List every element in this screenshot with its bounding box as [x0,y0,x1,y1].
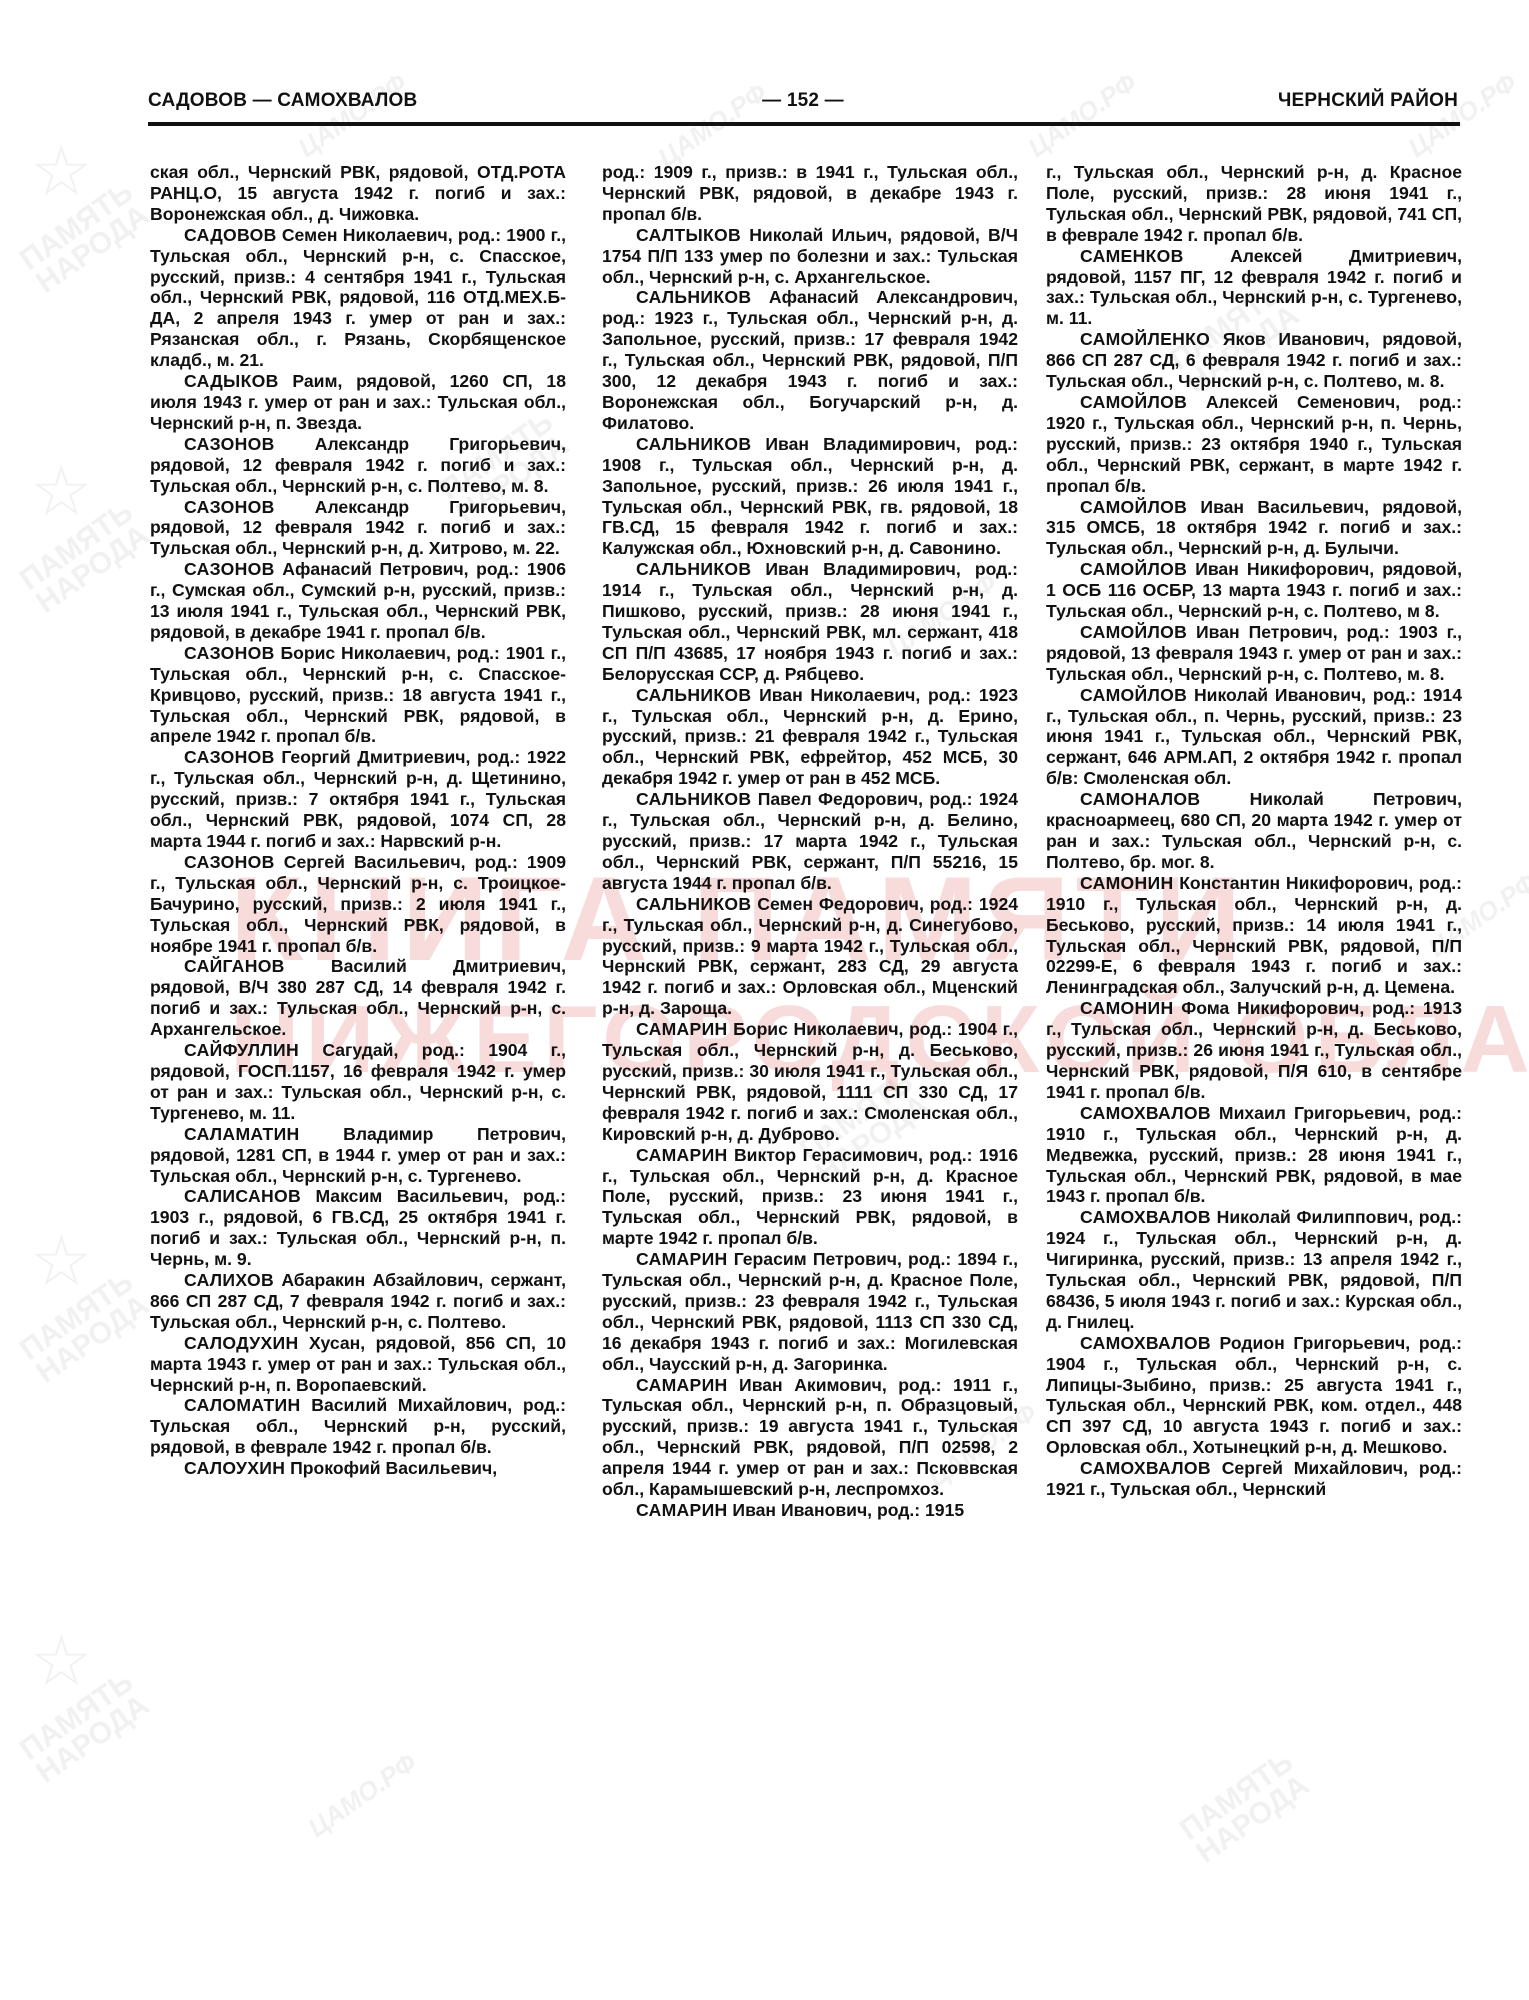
entry-surname: САМОЙЛОВ [1080,622,1187,642]
entry-surname: САЛИХОВ [184,1270,274,1290]
entry-continuation: г., Тульская обл., Чернский р-н, д. Крас… [1046,162,1462,246]
entry-surname: САМАРИН [636,1500,728,1520]
entry-surname: САЗОНОВ [184,747,275,767]
entry: САЛЬНИКОВ Павел Федорович, род.: 1924 г.… [602,789,1018,894]
entry-text: Семен Николаевич, род.: 1900 г., Тульска… [150,225,566,370]
star-watermark-icon: ☆ [30,130,93,212]
entry-text: ская обл., Чернский РВК, рядовой, ОТД.РО… [150,162,566,224]
entry-surname: САЛОДУХИН [184,1333,298,1353]
entry: САМОХВАЛОВ Сергей Михайлович, род.: 1921… [1046,1458,1462,1500]
entry-surname: САЛЬНИКОВ [636,894,751,914]
entry-surname: САЙФУЛЛИН [184,1040,299,1060]
entry: САЛТЫКОВ Николай Ильич, рядовой, В/Ч 175… [602,225,1018,288]
entry: САМОХВАЛОВ Николай Филиппович, род.: 192… [1046,1207,1462,1332]
entry-surname: САЗОНОВ [184,852,275,872]
entry: САЛОУХИН Прокофий Васильевич, [150,1458,566,1479]
entry-surname: САМАРИН [636,1145,728,1165]
entry: САМОЙЛЕНКО Яков Иванович, рядовой, 866 С… [1046,329,1462,392]
page-number: — 152 — [148,90,1458,112]
header-rule [148,122,1460,126]
entry-surname: САМАРИН [636,1375,728,1395]
entry: САМАРИН Виктор Герасимович, род.: 1916 г… [602,1145,1018,1250]
entry: САМАРИН Герасим Петрович, род.: 1894 г.,… [602,1249,1018,1374]
entry-surname: САДОВОВ [184,225,277,245]
entry: САДЫКОВ Раим, рядовой, 1260 СП, 18 июля … [150,371,566,434]
entry: САЙГАНОВ Василий Дмитриевич, рядовой, В/… [150,956,566,1040]
pamyat-naroda-watermark: ПАМЯТЬНАРОДА [16,1268,154,1388]
entry-surname: САЗОНОВ [184,434,275,454]
entry-surname: САМОЙЛОВ [1080,685,1187,705]
entry-surname: САЙГАНОВ [184,956,285,976]
entry: САЛОМАТИН Василий Михайлович, род.: Туль… [150,1395,566,1458]
entry-surname: САМОЙЛЕНКО [1080,329,1210,349]
entry-surname: САМОХВАЛОВ [1080,1333,1211,1353]
entry-surname: САМОХВАЛОВ [1080,1103,1211,1123]
entry-surname: САМАРИН [636,1249,728,1269]
pamyat-naroda-watermark: ПАМЯТЬНАРОДА [16,1668,154,1788]
entry-surname: САЛОМАТИН [184,1395,301,1415]
entry-surname: САЗОНОВ [184,497,275,517]
entry-surname: САМОНИН [1080,998,1173,1018]
entry-surname: САМОЙЛОВ [1080,497,1187,517]
entry-surname: САМЕНКОВ [1080,246,1184,266]
entry: САЛЬНИКОВ Иван Николаевич, род.: 1923 г.… [602,685,1018,790]
entry: САЗОНОВ Афанасий Петрович, род.: 1906 г.… [150,559,566,643]
pamyat-naroda-watermark: ПАМЯТЬНАРОДА [16,178,154,298]
entry-text: Иван Иванович, род.: 1915 [732,1500,964,1520]
entry-surname: САМОЙЛОВ [1080,392,1187,412]
entry: САДОВОВ Семен Николаевич, род.: 1900 г.,… [150,225,566,371]
running-head: САДОВОВ — САМОХВАЛОВ — 152 — ЧЕРНСКИЙ РА… [148,90,1458,124]
entry: САЛИСАНОВ Максим Васильевич, род.: 1903 … [150,1186,566,1270]
entry: САМОЙЛОВ Иван Петрович, род.: 1903 г., р… [1046,622,1462,685]
entry-text: Прокофий Васильевич, [290,1458,497,1478]
entry: САЗОНОВ Георгий Дмитриевич, род.: 1922 г… [150,747,566,852]
entry-surname: САМАРИН [636,1019,728,1039]
entry: САМОЙЛОВ Николай Иванович, род.: 1914 г.… [1046,685,1462,790]
running-head-district: ЧЕРНСКИЙ РАЙОН [1278,90,1458,112]
entry: САМОНИН Константин Никифорович, род.: 19… [1046,873,1462,998]
entry-surname: САЛЬНИКОВ [636,789,751,809]
entry: САМОНАЛОВ Николай Петрович, красноармеец… [1046,789,1462,873]
entry: САЛАМАТИН Владимир Петрович, рядовой, 12… [150,1124,566,1187]
entry-surname: САМОХВАЛОВ [1080,1458,1211,1478]
entry: САЛИХОВ Абаракин Абзайлович, сержант, 86… [150,1270,566,1333]
entry: САЛЬНИКОВ Иван Владимирович, род.: 1908 … [602,434,1018,559]
entry-surname: САЛЬНИКОВ [636,685,751,705]
column-1: ская обл., Чернский РВК, рядовой, ОТД.РО… [150,162,566,1479]
star-watermark-icon: ☆ [30,450,93,532]
pamyat-naroda-watermark: ПАМЯТЬНАРОДА [16,498,154,618]
column-2: род.: 1909 г., призв.: в 1941 г., Тульск… [602,162,1018,1521]
entry-surname: САМОНИН [1080,873,1173,893]
entry: САМОЙЛОВ Иван Никифорович, рядовой, 1 ОС… [1046,559,1462,622]
entry-surname: САЛИСАНОВ [184,1186,301,1206]
star-watermark-icon: ☆ [30,1220,93,1302]
entry-surname: САЛОУХИН [184,1458,285,1478]
entry: САЛЬНИКОВ Иван Владимирович, род.: 1914 … [602,559,1018,684]
entry-surname: САЛЬНИКОВ [636,434,751,454]
entry: САЗОНОВ Борис Николаевич, род.: 1901 г.,… [150,643,566,748]
entry: САМЕНКОВ Алексей Дмитриевич, рядовой, 11… [1046,246,1462,330]
entry-continuation: род.: 1909 г., призв.: в 1941 г., Тульск… [602,162,1018,225]
entry-surname: САЛЬНИКОВ [636,559,751,579]
entry: САМОХВАЛОВ Михаил Григорьевич, род.: 191… [1046,1103,1462,1208]
entry-surname: САМОНАЛОВ [1080,789,1200,809]
entry-surname: САЗОНОВ [184,559,275,579]
entry: САМАРИН Иван Иванович, род.: 1915 [602,1500,1018,1521]
entry: САЗОНОВ Александр Григорьевич, рядовой, … [150,434,566,497]
entry: САЙФУЛЛИН Сагудай, род.: 1904 г., рядово… [150,1040,566,1124]
entry: САМОЙЛОВ Алексей Семенович, род.: 1920 г… [1046,392,1462,497]
entry: САЗОНОВ Сергей Васильевич, род.: 1909 г.… [150,852,566,957]
entry: САЗОНОВ Александр Григорьевич, рядовой, … [150,497,566,560]
entry-surname: САЗОНОВ [184,643,275,663]
entry-surname: САЛТЫКОВ [636,225,741,245]
book-page: КНИГА ПАМЯТИ НИЖЕГОРОДСКОЙ ОБЛАСТИ ЦАМО.… [0,0,1529,2000]
entry-surname: САЛЬНИКОВ [636,287,751,307]
entry: САЛОДУХИН Хусан, рядовой, 856 СП, 10 мар… [150,1333,566,1396]
entry-surname: САМОХВАЛОВ [1080,1207,1211,1227]
entry-surname: САДЫКОВ [184,371,279,391]
text-columns: ская обл., Чернский РВК, рядовой, ОТД.РО… [150,162,1462,1942]
entry: САМОХВАЛОВ Родион Григорьевич, род.: 190… [1046,1333,1462,1458]
column-3: г., Тульская обл., Чернский р-н, д. Крас… [1046,162,1462,1500]
entry-surname: САЛАМАТИН [184,1124,300,1144]
entry: САМАРИН Борис Николаевич, род.: 1904 г.,… [602,1019,1018,1144]
entry-text: г., Тульская обл., Чернский р-н, д. Крас… [1046,162,1462,245]
entry: САМОЙЛОВ Иван Васильевич, рядовой, 315 О… [1046,497,1462,560]
entry: САЛЬНИКОВ Афанасий Александрович, род.: … [602,287,1018,433]
entry-text: род.: 1909 г., призв.: в 1941 г., Тульск… [602,162,1018,224]
entry: САМАРИН Иван Акимович, род.: 1911 г., Ту… [602,1375,1018,1500]
entry: САЛЬНИКОВ Семен Федорович, род.: 1924 г.… [602,894,1018,1019]
star-watermark-icon: ☆ [30,1620,93,1702]
entry: САМОНИН Фома Никифорович, род.: 1913 г.,… [1046,998,1462,1103]
entry-continuation: ская обл., Чернский РВК, рядовой, ОТД.РО… [150,162,566,225]
entry-text: Афанасий Александрович, род.: 1923 г., Т… [602,287,1018,432]
entry-surname: САМОЙЛОВ [1080,559,1187,579]
